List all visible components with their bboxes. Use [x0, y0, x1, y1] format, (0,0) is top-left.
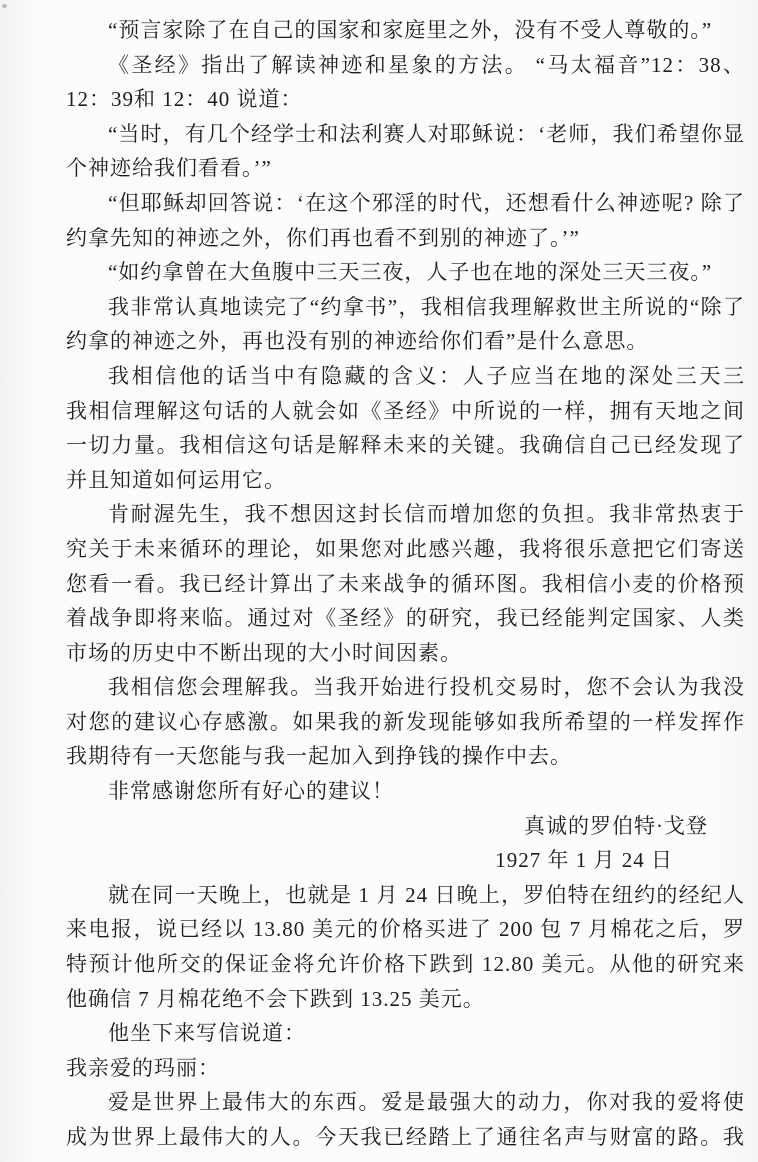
text-line: 我相信您会理解我。当我开始进行投机交易时，您不会认为我没有: [66, 670, 745, 705]
text-line: 市场的历史中不断出现的大小时间因素。: [66, 636, 745, 671]
date-line: 1927 年 1 月 24 日: [66, 843, 745, 878]
text-line: 我相信理解这句话的人就会如《圣经》中所说的一样，拥有天地之间的: [66, 394, 745, 429]
text-line: 着战争即将来临。通过对《圣经》的研究，我已经能判定国家、人类和: [66, 601, 745, 636]
text-line: 非常感谢您所有好心的建议！: [66, 774, 745, 809]
scan-artifact-speck: [2, 4, 7, 8]
text-line: 约拿的神迹之外，再也没有别的神迹给你们看”是什么意思。: [66, 324, 745, 359]
text-line: 特预计他所交的保证金将允许价格下跌到 12.80 美元。从他的研究来看，: [66, 947, 745, 982]
text-line: 我非常认真地读完了“约拿书”，我相信我理解救世主所说的“除了: [66, 290, 745, 325]
text-line: 我期待有一天您能与我一起加入到挣钱的操作中去。: [66, 739, 745, 774]
signature-line: 真诚的罗伯特·戈登: [66, 809, 745, 844]
text-line: 他坐下来写信说道：: [66, 1016, 745, 1051]
book-page: “预言家除了在自己的国家和家庭里之外，没有不受人尊敬的。”《圣经》指出了解读神迹…: [0, 0, 758, 1162]
text-line: 我相信他的话当中有隐藏的含义：人子应当在地的深处三天三夜。: [66, 359, 745, 394]
text-line: 《圣经》指出了解读神迹和星象的方法。 “马太福音”12：38、: [66, 48, 745, 83]
text-line: 就在同一天晚上，也就是 1 月 24 日晚上，罗伯特在纽约的经纪人发: [66, 878, 745, 913]
text-line: 个神迹给我们看看。’”: [66, 151, 745, 186]
text-line: 并且知道如何运用它。: [66, 463, 745, 498]
text-line: “如约拿曾在大鱼腹中三天三夜，人子也在地的深处三天三夜。”: [66, 255, 745, 290]
salutation-line: 我亲爱的玛丽：: [66, 1051, 745, 1086]
text-line: 肯耐渥先生，我不想因这封长信而增加您的负担。我非常热衷于研: [66, 497, 745, 532]
text-line: 对您的建议心存感激。如果我的新发现能够如我所希望的一样发挥作用，: [66, 705, 745, 740]
text-line: 来电报，说已经以 13.80 美元的价格买进了 200 包 7 月棉花之后，罗伯: [66, 912, 745, 947]
text-line: “但耶稣却回答说：‘在这个邪淫的时代，还想看什么神迹呢? 除了: [66, 186, 745, 221]
text-line: 究关于未来循环的理论，如果您对此感兴趣，我将很乐意把它们寄送给: [66, 532, 745, 567]
text-line: 一切力量。我相信这句话是解释未来的关键。我确信自己已经发现了它，: [66, 428, 745, 463]
text-line: “预言家除了在自己的国家和家庭里之外，没有不受人尊敬的。”: [66, 13, 745, 48]
text-line: 爱是世界上最伟大的东西。爱是最强大的动力，你对我的爱将使我: [66, 1085, 745, 1120]
text-line: 您看一看。我已经计算出了未来战争的循环图。我相信小麦的价格预示: [66, 567, 745, 602]
text-line: “当时，有几个经学士和法利赛人对耶稣说：‘老师，我们希望你显: [66, 117, 745, 152]
text-line: 约拿先知的神迹之外，你们再也看不到别的神迹了。’”: [66, 221, 745, 256]
text-column: “预言家除了在自己的国家和家庭里之外，没有不受人尊敬的。”《圣经》指出了解读神迹…: [66, 13, 745, 1155]
text-line: 成为世界上最伟大的人。今天我已经踏上了通往名声与财富的路。我们: [66, 1120, 745, 1155]
text-line: 12：39和 12：40 说道：: [66, 82, 745, 117]
text-line: 他确信 7 月棉花绝不会下跌到 13.25 美元。: [66, 982, 745, 1017]
